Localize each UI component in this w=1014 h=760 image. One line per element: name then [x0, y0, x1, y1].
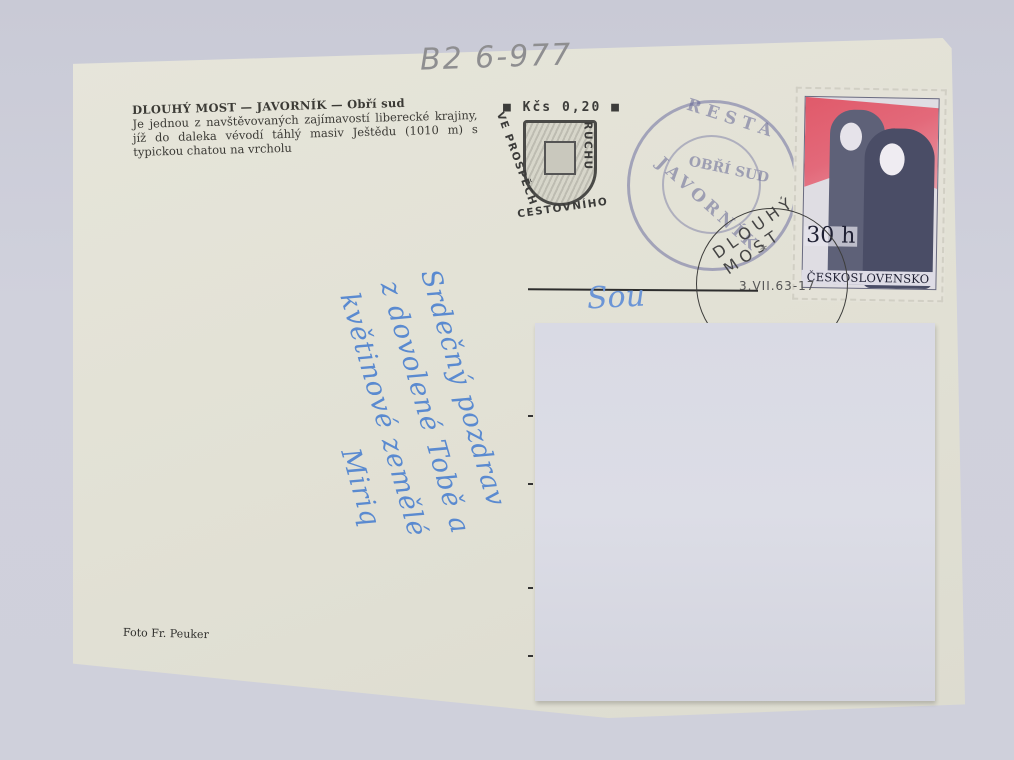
- cachet-text-right: RUCHU: [582, 121, 594, 170]
- postmark-date: 3.VII.63-17: [739, 279, 815, 293]
- star-icon: *: [760, 243, 767, 259]
- divider-tick: [528, 415, 533, 417]
- postcard-caption: DLOUHÝ MOST — JAVORNÍK — Obří sud Je jed…: [132, 94, 478, 159]
- handwritten-address: Sou: [586, 279, 646, 317]
- castle-icon: [544, 141, 576, 175]
- cachet-value: ■ Kčs 0,20 ■: [503, 100, 621, 115]
- postage-cachet: ■ Kčs 0,20 ■ VE PROSPĚCH CESTOVNÍHO RUCH…: [495, 98, 625, 218]
- pencil-serial-number: B2 6-977: [419, 37, 573, 77]
- photo-credit: Foto Fr. Peuker: [123, 626, 209, 641]
- divider-tick: [528, 483, 533, 485]
- blank-paper-insert: [535, 323, 935, 701]
